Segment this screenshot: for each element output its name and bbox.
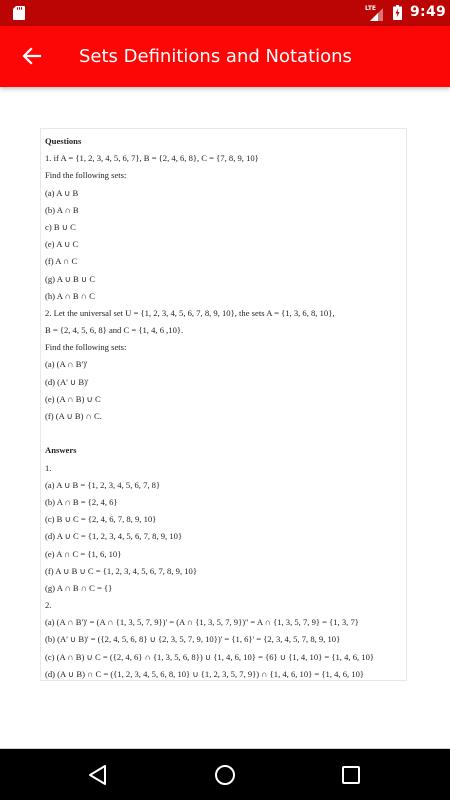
nav-recents-button[interactable] [335,759,367,791]
svg-text:LTE: LTE [365,5,376,12]
question-line: (f) (A ∪ B) ∩ C. [45,408,406,425]
question-line: c) B ∪ C [45,219,406,236]
nav-back-icon [88,764,108,786]
question-line: 2. Let the universal set U = {1, 2, 3, 4… [45,305,406,322]
answer-line: (a) (A ∩ B')' = (A ∩ {1, 3, 5, 7, 9})' =… [45,614,406,631]
answers-heading: Answers [45,442,406,459]
arrow-left-icon [22,46,42,66]
question-line: (e) A ∪ C [45,236,406,253]
system-nav-bar [0,748,450,800]
nav-home-button[interactable] [209,759,241,791]
answer-line: (g) A ∩ B ∩ C = {} [45,580,406,597]
question-line: 1. if A = {1, 2, 3, 4, 5, 6, 7}, B = {2,… [45,150,406,167]
answer-line: (a) A ∪ B = {1, 2, 3, 4, 5, 6, 7, 8} [45,477,406,494]
clock: 9:49 [410,4,446,20]
spacer [45,425,406,442]
nav-back-button[interactable] [82,759,114,791]
answer-line: (b) A ∩ B = {2, 4, 6} [45,494,406,511]
content-scroll-area[interactable]: Questions 1. if A = {1, 2, 3, 4, 5, 6, 7… [0,87,450,748]
answer-line: (c) (A ∩ B) ∪ C = ({2, 4, 6} ∩ {1, 3, 5,… [45,649,406,666]
answer-line: (f) A ∪ B ∪ C = {1, 2, 3, 4, 5, 6, 7, 8,… [45,563,406,580]
document-box: Questions 1. if A = {1, 2, 3, 4, 5, 6, 7… [40,128,407,681]
question-line: (e) (A ∩ B) ∪ C [45,391,406,408]
question-line: B = {2, 4, 5, 6, 8} and C = {1, 4, 6 ,10… [45,322,406,339]
status-bar: LTE 9:49 [0,0,450,26]
page-title: Sets Definitions and Notations [79,46,352,67]
question-line: (g) A ∪ B ∪ C [45,271,406,288]
question-line: Find the following sets: [45,339,406,356]
app-bar: Sets Definitions and Notations [0,26,450,87]
questions-heading: Questions [45,133,406,150]
question-line: (b) A ∩ B [45,202,406,219]
question-line: (h) A ∩ B ∩ C [45,288,406,305]
question-line: (f) A ∩ C [45,253,406,270]
nav-recents-icon [341,765,361,785]
answer-line: 2. [45,597,406,614]
back-button[interactable] [14,38,50,74]
lte-signal-icon: LTE [365,4,385,22]
nav-home-icon [214,764,236,786]
answer-line: (d) A ∪ C = {1, 2, 3, 4, 5, 6, 7, 8, 9, … [45,528,406,545]
answer-line: (b) (A' ∪ B)' = ({2, 4, 5, 6, 8} ∪ {2, 3… [45,631,406,648]
answer-line: (e) A ∩ C = {1, 6, 10} [45,546,406,563]
question-line: Find the following sets: [45,167,406,184]
answer-line: (d) (A ∪ B) ∩ C = ({1, 2, 3, 4, 5, 6, 8,… [45,666,406,683]
question-line: (a) (A ∩ B')' [45,356,406,373]
battery-charging-icon [393,5,402,20]
question-line: (d) (A' ∪ B)' [45,374,406,391]
answer-line: (c) B ∪ C = {2, 4, 6, 7, 8, 9, 10} [45,511,406,528]
answer-line: 1. [45,460,406,477]
question-line: (a) A ∪ B [45,185,406,202]
sd-card-icon [13,6,25,20]
